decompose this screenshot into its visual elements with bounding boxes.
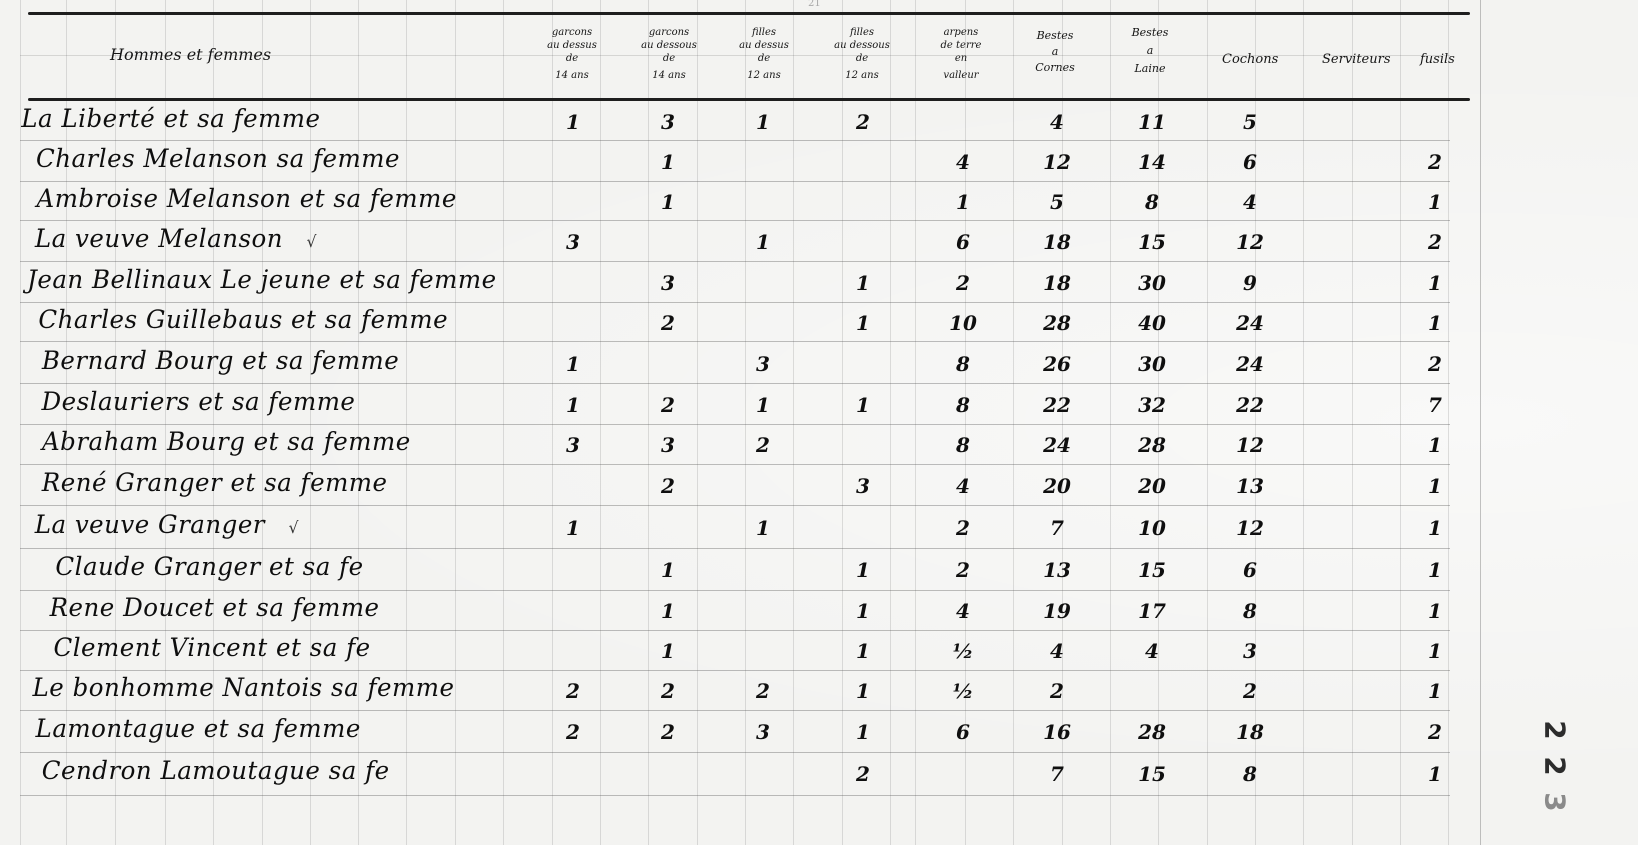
page-number-stamp: 2 2 3	[1545, 712, 1564, 820]
household-name-text: Jean Bellinaux Le jeune et sa femme	[27, 265, 497, 294]
table-row: René Granger et sa femme2342020131	[0, 466, 1480, 506]
cell-cochons: 22	[1225, 393, 1275, 417]
header-line: garcons	[540, 26, 604, 39]
cell-garcons_dessous_14: 1	[643, 599, 693, 623]
header-line: au dessus	[731, 39, 797, 52]
cell-arpents: 4	[938, 150, 988, 174]
cell-garcons_dessus_14: 2	[548, 679, 598, 703]
table-row: Le bonhomme Nantois sa femme2221½221	[0, 671, 1480, 711]
cell-cochons: 8	[1225, 762, 1275, 786]
household-name-text: Deslauriers et sa femme	[41, 387, 355, 416]
cell-bestes_cornes: 24	[1032, 433, 1082, 457]
cell-fusils: 2	[1410, 230, 1460, 254]
cell-fusils: 1	[1410, 190, 1460, 214]
cell-bestes_laine: 28	[1127, 720, 1177, 744]
column-header-filles-dessus-12: filles au dessus de 12 ans	[731, 26, 797, 82]
table-row: Ambroise Melanson et sa femme115841	[0, 182, 1480, 222]
cell-garcons_dessus_14: 1	[548, 110, 598, 134]
cell-filles_dessous_12: 2	[838, 110, 888, 134]
household-name-text: Claude Granger et sa fe	[55, 552, 363, 581]
cell-filles_dessous_12: 1	[838, 639, 888, 663]
header-line: Cornes	[1025, 60, 1085, 76]
column-header-bestes-laine: Bestes a Laine	[1120, 24, 1180, 78]
cell-bestes_laine: 30	[1127, 352, 1177, 376]
cell-bestes_cornes: 12	[1032, 150, 1082, 174]
stamp-digit: 2	[1537, 756, 1573, 775]
cell-cochons: 5	[1225, 110, 1275, 134]
cell-filles_dessus_12: 1	[738, 516, 788, 540]
household-name: Rene Doucet et sa femme	[50, 593, 403, 622]
column-header-serviteurs: Serviteurs	[1322, 52, 1391, 67]
table-row: Deslauriers et sa femme121182232227	[0, 385, 1480, 425]
cell-bestes_cornes: 18	[1032, 271, 1082, 295]
header-line: Bestes	[1025, 28, 1085, 44]
cell-fusils: 1	[1410, 433, 1460, 457]
checkmark-icon: √	[289, 518, 299, 537]
cell-bestes_laine: 17	[1127, 599, 1177, 623]
cell-arpents: 1	[938, 190, 988, 214]
cell-cochons: 24	[1225, 352, 1275, 376]
cell-bestes_cornes: 19	[1032, 599, 1082, 623]
cell-bestes_cornes: 13	[1032, 558, 1082, 582]
cell-garcons_dessous_14: 3	[643, 433, 693, 457]
cell-bestes_cornes: 16	[1032, 720, 1082, 744]
cell-arpents: 8	[938, 352, 988, 376]
cell-filles_dessous_12: 1	[838, 679, 888, 703]
header-line: Laine	[1120, 60, 1180, 78]
household-name-text: Clement Vincent et sa fe	[53, 633, 370, 662]
cell-bestes_laine: 20	[1127, 474, 1177, 498]
cell-filles_dessus_12: 2	[738, 679, 788, 703]
cell-cochons: 6	[1225, 558, 1275, 582]
cell-bestes_laine: 4	[1127, 639, 1177, 663]
cell-arpents: 2	[938, 516, 988, 540]
column-header-arpents: arpens de terre en valleur	[928, 26, 994, 82]
cell-filles_dessous_12: 1	[838, 599, 888, 623]
household-name-text: Ambroise Melanson et sa femme	[37, 184, 457, 213]
cell-garcons_dessous_14: 2	[643, 679, 693, 703]
header-line: de	[828, 52, 896, 65]
household-name: Charles Guillebaus et sa femme	[38, 305, 471, 334]
cell-fusils: 2	[1410, 352, 1460, 376]
cell-arpents: 4	[938, 599, 988, 623]
cell-fusils: 1	[1410, 558, 1460, 582]
table-row: Lamontague et sa femme223161628182	[0, 712, 1480, 752]
household-name: La veuve Granger√	[35, 510, 299, 539]
household-name-text: Abraham Bourg et sa femme	[42, 427, 411, 456]
household-name: Cendron Lamoutague sa fe	[42, 756, 413, 785]
cell-garcons_dessus_14: 3	[548, 230, 598, 254]
cell-bestes_laine: 40	[1127, 311, 1177, 335]
row-line	[20, 795, 1450, 796]
cell-filles_dessus_12: 3	[738, 720, 788, 744]
household-name: Charles Melanson sa femme	[36, 144, 424, 173]
table-row: Charles Melanson sa femme14121462	[0, 142, 1480, 182]
header-line: 14 ans	[540, 69, 604, 82]
cell-garcons_dessous_14: 3	[643, 271, 693, 295]
header-line: filles	[731, 26, 797, 39]
cell-garcons_dessus_14: 3	[548, 433, 598, 457]
stamp-digit: 2	[1537, 720, 1573, 739]
household-name: Jean Bellinaux Le jeune et sa femme	[27, 265, 520, 294]
table-row: La veuve Melanson√3161815122	[0, 222, 1480, 262]
cell-bestes_cornes: 4	[1032, 110, 1082, 134]
cell-bestes_cornes: 22	[1032, 393, 1082, 417]
cell-cochons: 12	[1225, 433, 1275, 457]
cell-bestes_laine: 14	[1127, 150, 1177, 174]
column-header-filles-dessous-12: filles au dessous de 12 ans	[828, 26, 896, 82]
header-line: filles	[828, 26, 896, 39]
cell-garcons_dessous_14: 3	[643, 110, 693, 134]
header-line: de	[540, 52, 604, 65]
column-header-fusils: fusils	[1420, 52, 1455, 67]
column-header-garcons-dessous-14: garcons au dessous de 14 ans	[635, 26, 703, 82]
cell-fusils: 1	[1410, 516, 1460, 540]
cell-bestes_cornes: 18	[1032, 230, 1082, 254]
cell-fusils: 1	[1410, 474, 1460, 498]
household-name-text: La Liberté et sa femme	[21, 104, 320, 133]
cell-fusils: 2	[1410, 150, 1460, 174]
cell-garcons_dessus_14: 1	[548, 516, 598, 540]
cell-filles_dessus_12: 2	[738, 433, 788, 457]
table-row: Bernard Bourg et sa femme1382630242	[0, 344, 1480, 384]
header-line: Bestes	[1120, 24, 1180, 42]
cell-arpents: ½	[938, 639, 988, 663]
checkmark-icon: √	[307, 232, 317, 251]
cell-bestes_cornes: 20	[1032, 474, 1082, 498]
household-name: René Granger et sa femme	[42, 468, 411, 497]
row-line	[20, 548, 1450, 549]
cell-fusils: 7	[1410, 393, 1460, 417]
table-row: Clement Vincent et sa fe11½4431	[0, 631, 1480, 671]
stamp-digit: 3	[1537, 792, 1573, 811]
row-line	[20, 752, 1450, 753]
cell-filles_dessous_12: 3	[838, 474, 888, 498]
cell-cochons: 8	[1225, 599, 1275, 623]
column-header-bestes-cornes: Bestes a Cornes	[1025, 28, 1085, 76]
household-name: Abraham Bourg et sa femme	[42, 427, 434, 456]
cell-fusils: 1	[1410, 679, 1460, 703]
cell-cochons: 2	[1225, 679, 1275, 703]
header-line: a	[1120, 42, 1180, 60]
cell-filles_dessus_12: 1	[738, 393, 788, 417]
cell-bestes_cornes: 7	[1032, 516, 1082, 540]
cell-cochons: 24	[1225, 311, 1275, 335]
column-header-names: Hommes et femmes	[110, 45, 271, 64]
household-name-text: Le bonhomme Nantois sa femme	[33, 673, 455, 702]
cell-arpents: 8	[938, 433, 988, 457]
header-line: de terre	[928, 39, 994, 52]
cell-cochons: 4	[1225, 190, 1275, 214]
header-line: au dessous	[828, 39, 896, 52]
header-line: arpens	[928, 26, 994, 39]
table-row: La Liberté et sa femme13124115	[0, 102, 1480, 142]
cell-cochons: 12	[1225, 230, 1275, 254]
table-row: Rene Doucet et sa femme114191781	[0, 591, 1480, 631]
cell-bestes_cornes: 2	[1032, 679, 1082, 703]
cell-garcons_dessous_14: 2	[643, 720, 693, 744]
cell-garcons_dessous_14: 1	[643, 150, 693, 174]
cell-cochons: 9	[1225, 271, 1275, 295]
cell-arpents: 6	[938, 230, 988, 254]
household-name: Le bonhomme Nantois sa femme	[33, 673, 478, 702]
cell-garcons_dessous_14: 2	[643, 393, 693, 417]
cell-fusils: 1	[1410, 762, 1460, 786]
cell-bestes_laine: 28	[1127, 433, 1177, 457]
cell-fusils: 1	[1410, 311, 1460, 335]
header-line: en	[928, 52, 994, 65]
table-row: Charles Guillebaus et sa femme2110284024…	[0, 303, 1480, 343]
household-name: Clement Vincent et sa fe	[53, 633, 394, 662]
cell-filles_dessous_12: 1	[838, 271, 888, 295]
cell-fusils: 1	[1410, 599, 1460, 623]
cell-bestes_laine: 15	[1127, 762, 1177, 786]
header-line: a	[1025, 44, 1085, 60]
cell-bestes_laine: 8	[1127, 190, 1177, 214]
cell-cochons: 18	[1225, 720, 1275, 744]
cell-fusils: 1	[1410, 271, 1460, 295]
household-name-text: La veuve Granger	[35, 510, 265, 539]
header-bottom-rule	[28, 98, 1470, 101]
household-name-text: Charles Guillebaus et sa femme	[38, 305, 448, 334]
cell-bestes_laine: 15	[1127, 230, 1177, 254]
household-name: La veuve Melanson√	[35, 224, 317, 253]
cell-garcons_dessous_14: 1	[643, 639, 693, 663]
cell-bestes_laine: 30	[1127, 271, 1177, 295]
household-name: Deslauriers et sa femme	[41, 387, 378, 416]
cell-fusils: 1	[1410, 639, 1460, 663]
cell-arpents: 8	[938, 393, 988, 417]
household-name-text: Lamontague et sa femme	[36, 714, 361, 743]
header-line: 12 ans	[828, 69, 896, 82]
household-name: Lamontague et sa femme	[36, 714, 385, 743]
cell-bestes_cornes: 7	[1032, 762, 1082, 786]
cell-garcons_dessous_14: 2	[643, 474, 693, 498]
table-row: La veuve Granger√112710121	[0, 508, 1480, 548]
header-line: garcons	[635, 26, 703, 39]
household-name-text: La veuve Melanson	[35, 224, 283, 253]
cell-bestes_cornes: 28	[1032, 311, 1082, 335]
cell-bestes_cornes: 5	[1032, 190, 1082, 214]
household-name: Ambroise Melanson et sa femme	[37, 184, 481, 213]
table-row: Claude Granger et sa fe112131561	[0, 550, 1480, 590]
cell-arpents: 6	[938, 720, 988, 744]
cell-filles_dessus_12: 1	[738, 230, 788, 254]
table-row: Abraham Bourg et sa femme33282428121	[0, 425, 1480, 465]
household-name: La Liberté et sa femme	[21, 104, 344, 133]
household-name-text: René Granger et sa femme	[42, 468, 388, 497]
cell-arpents: 4	[938, 474, 988, 498]
grid-line	[1480, 0, 1481, 845]
table-row: Cendron Lamoutague sa fe271581	[0, 754, 1480, 794]
column-header-cochons: Cochons	[1222, 52, 1278, 67]
header-top-rule	[28, 12, 1470, 15]
header-line: 14 ans	[635, 69, 703, 82]
header-line: au dessous	[635, 39, 703, 52]
cell-garcons_dessus_14: 1	[548, 393, 598, 417]
household-name-text: Charles Melanson sa femme	[36, 144, 400, 173]
cell-filles_dessus_12: 1	[738, 110, 788, 134]
cell-fusils: 2	[1410, 720, 1460, 744]
cell-garcons_dessus_14: 1	[548, 352, 598, 376]
cell-bestes_laine: 32	[1127, 393, 1177, 417]
table-row: Jean Bellinaux Le jeune et sa femme31218…	[0, 263, 1480, 303]
cell-filles_dessous_12: 1	[838, 311, 888, 335]
cell-cochons: 3	[1225, 639, 1275, 663]
cell-garcons_dessous_14: 2	[643, 311, 693, 335]
cell-arpents: 2	[938, 558, 988, 582]
top-page-mark: 21	[808, 0, 821, 9]
cell-filles_dessous_12: 1	[838, 558, 888, 582]
household-name: Bernard Bourg et sa femme	[42, 346, 423, 375]
cell-arpents: ½	[938, 679, 988, 703]
cell-arpents: 2	[938, 271, 988, 295]
household-name-text: Rene Doucet et sa femme	[50, 593, 380, 622]
household-name: Claude Granger et sa fe	[55, 552, 387, 581]
cell-bestes_cornes: 26	[1032, 352, 1082, 376]
cell-bestes_laine: 10	[1127, 516, 1177, 540]
cell-garcons_dessus_14: 2	[548, 720, 598, 744]
cell-filles_dessous_12: 1	[838, 720, 888, 744]
cell-cochons: 13	[1225, 474, 1275, 498]
census-page: 21 Hommes et femmes garcons au dessus de…	[0, 0, 1638, 845]
cell-bestes_laine: 15	[1127, 558, 1177, 582]
cell-filles_dessous_12: 2	[838, 762, 888, 786]
cell-cochons: 12	[1225, 516, 1275, 540]
cell-arpents: 10	[938, 311, 988, 335]
header-line: 12 ans	[731, 69, 797, 82]
household-name-text: Bernard Bourg et sa femme	[42, 346, 399, 375]
household-name-text: Cendron Lamoutague sa fe	[42, 756, 390, 785]
cell-bestes_laine: 11	[1127, 110, 1177, 134]
cell-garcons_dessous_14: 1	[643, 558, 693, 582]
cell-filles_dessous_12: 1	[838, 393, 888, 417]
cell-filles_dessus_12: 3	[738, 352, 788, 376]
cell-bestes_cornes: 4	[1032, 639, 1082, 663]
header-line: au dessus	[540, 39, 604, 52]
cell-cochons: 6	[1225, 150, 1275, 174]
header-line: valleur	[928, 69, 994, 82]
column-header-garcons-dessus-14: garcons au dessus de 14 ans	[540, 26, 604, 82]
header-line: de	[731, 52, 797, 65]
header-line: de	[635, 52, 703, 65]
cell-garcons_dessous_14: 1	[643, 190, 693, 214]
